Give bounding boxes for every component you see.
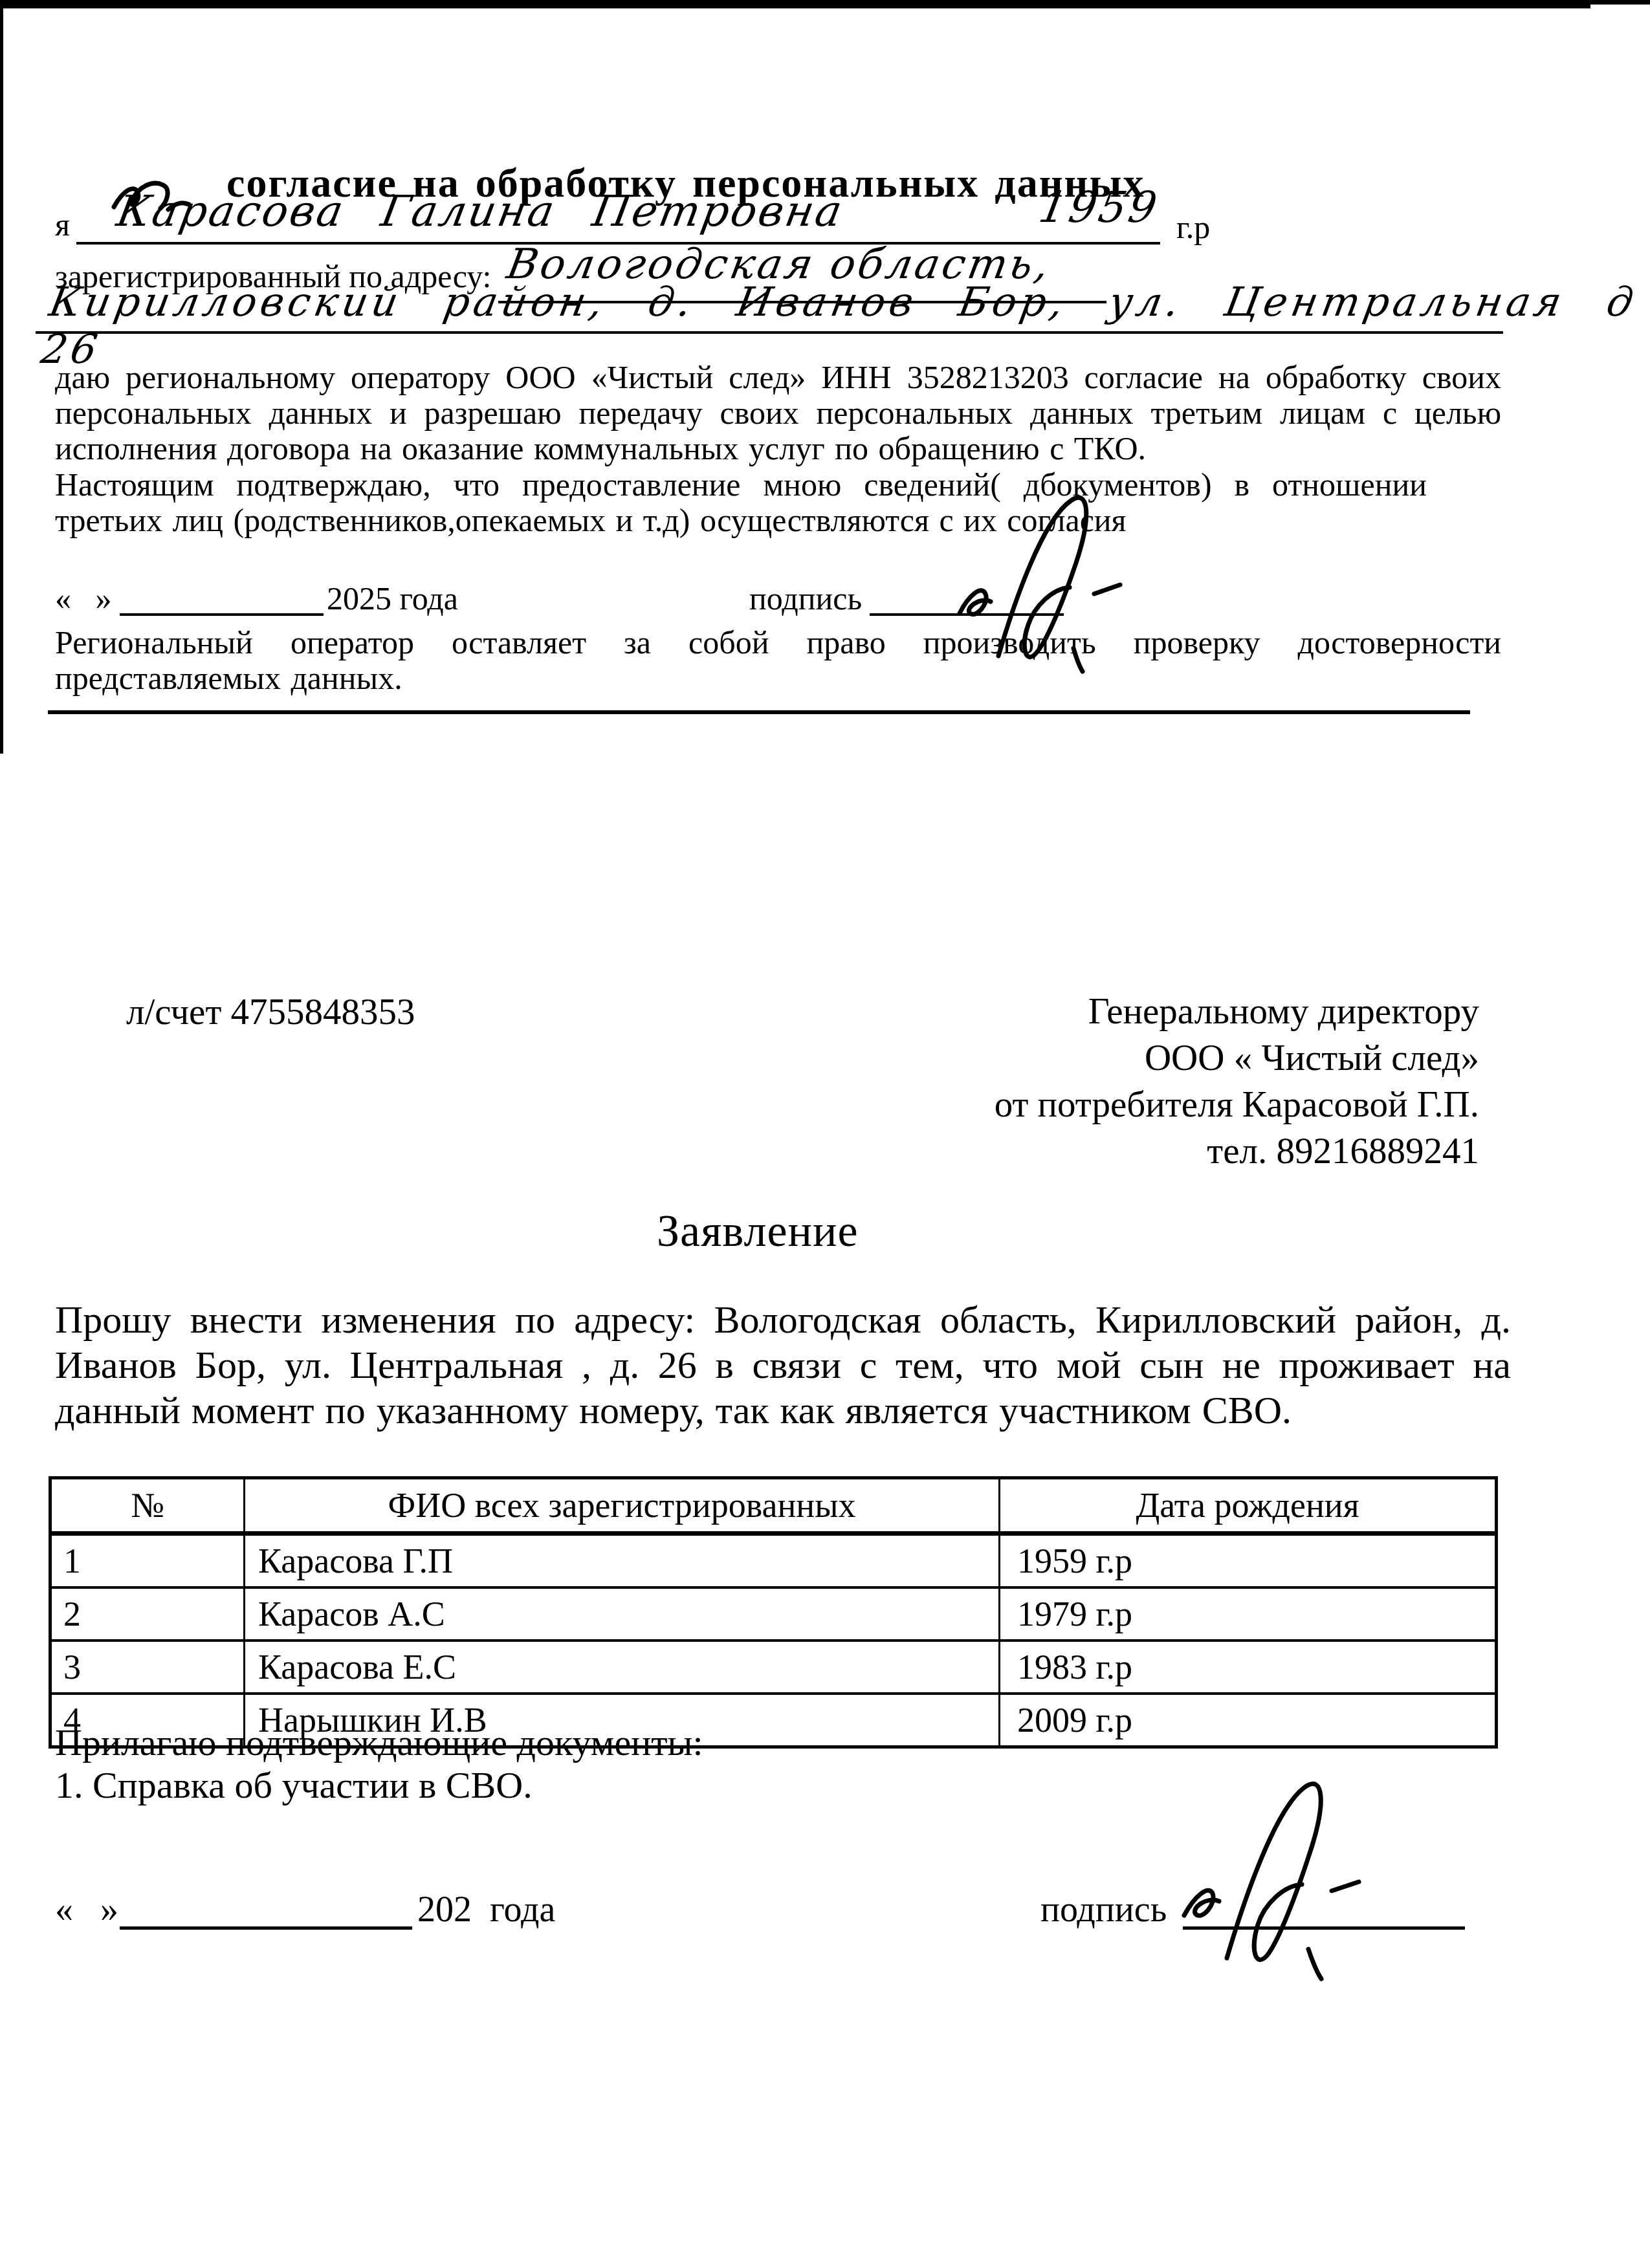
- row-dob: 2009 г.р: [1000, 1694, 1497, 1747]
- table-header-fio: ФИО всех зарегистрированных: [245, 1478, 1000, 1534]
- table-header-row: № ФИО всех зарегистрированных Дата рожде…: [50, 1478, 1497, 1534]
- row-number: 3: [50, 1641, 245, 1694]
- signature-scribble-application: [1165, 1769, 1385, 1983]
- pronoun-label: я: [55, 206, 70, 243]
- row-number: 2: [50, 1587, 245, 1641]
- consent-date-underline: [120, 613, 324, 616]
- recipient-line-company: ООО « Чистый след»: [832, 1035, 1479, 1082]
- attachment-item: 1. Справка об участии в СВО.: [55, 1763, 533, 1807]
- application-body: Прошу внести изменения по адресу: Волого…: [55, 1297, 1511, 1433]
- recipient-block: Генеральному директору ООО « Чистый след…: [832, 988, 1479, 1175]
- application-signature-label: подпись: [1040, 1889, 1167, 1930]
- consent-date-prefix: « »: [55, 580, 112, 617]
- recipient-line-consumer: от потребителя Карасовой Г.П.: [832, 1082, 1479, 1128]
- row-number: 1: [50, 1534, 245, 1588]
- registered-persons-table: № ФИО всех зарегистрированных Дата рожде…: [49, 1476, 1498, 1749]
- table-row: 1 Карасова Г.П 1959 г.р: [50, 1534, 1497, 1588]
- address-underline-2: [36, 331, 1503, 334]
- recipient-line-director: Генеральному директору: [832, 988, 1479, 1035]
- table-row: 3 Карасова Е.С 1983 г.р: [50, 1641, 1497, 1694]
- account-number: л/счет 4755848353: [126, 991, 415, 1033]
- table-header-dob: Дата рождения: [1000, 1478, 1497, 1534]
- table-header-number: №: [50, 1478, 245, 1534]
- application-heading: Заявление: [657, 1206, 858, 1258]
- row-dob: 1979 г.р: [1000, 1587, 1497, 1641]
- consent-paragraph-confirm: Настоящим подтверждаю, что предоставлени…: [55, 467, 1427, 538]
- application-date-underline: [120, 1926, 412, 1930]
- row-fio: Карасов А.С: [245, 1587, 1000, 1641]
- scan-artifact-top-bar-notch: [1590, 5, 1650, 8]
- handwritten-name: Карасова Галина Петровна: [113, 186, 848, 236]
- row-dob: 1959 г.р: [1000, 1534, 1497, 1588]
- application-signature-underline: [1183, 1926, 1465, 1930]
- scanned-document-page: согласие на обработку персональных данны…: [0, 0, 1650, 2268]
- table-row: 2 Карасов А.С 1979 г.р: [50, 1587, 1497, 1641]
- consent-paragraph-operator: даю региональному оператору ООО «Чистый …: [55, 360, 1501, 466]
- scan-artifact-left-line: [0, 0, 3, 754]
- recipient-line-phone: тел. 89216889241: [832, 1128, 1479, 1175]
- row-dob: 1983 г.р: [1000, 1641, 1497, 1694]
- attachments-label: Прилагаю подтверждающие документы:: [55, 1721, 703, 1764]
- consent-signature-underline: [870, 613, 1064, 616]
- row-fio: Карасова Е.С: [245, 1641, 1000, 1694]
- row-fio: Карасова Г.П: [245, 1534, 1000, 1588]
- scan-artifact-top-bar: [0, 0, 1650, 8]
- application-date-year: 202 года: [417, 1889, 555, 1930]
- consent-note: Региональный оператор оставляет за собой…: [55, 625, 1501, 696]
- consent-signature-label: подпись: [749, 580, 862, 617]
- birth-year-suffix: г.р: [1176, 208, 1210, 246]
- handwritten-birth-year: 1959: [1035, 182, 1163, 232]
- section-divider-line: [48, 710, 1470, 714]
- consent-date-year: 2025 года: [327, 580, 458, 617]
- application-date-prefix: « »: [55, 1889, 118, 1930]
